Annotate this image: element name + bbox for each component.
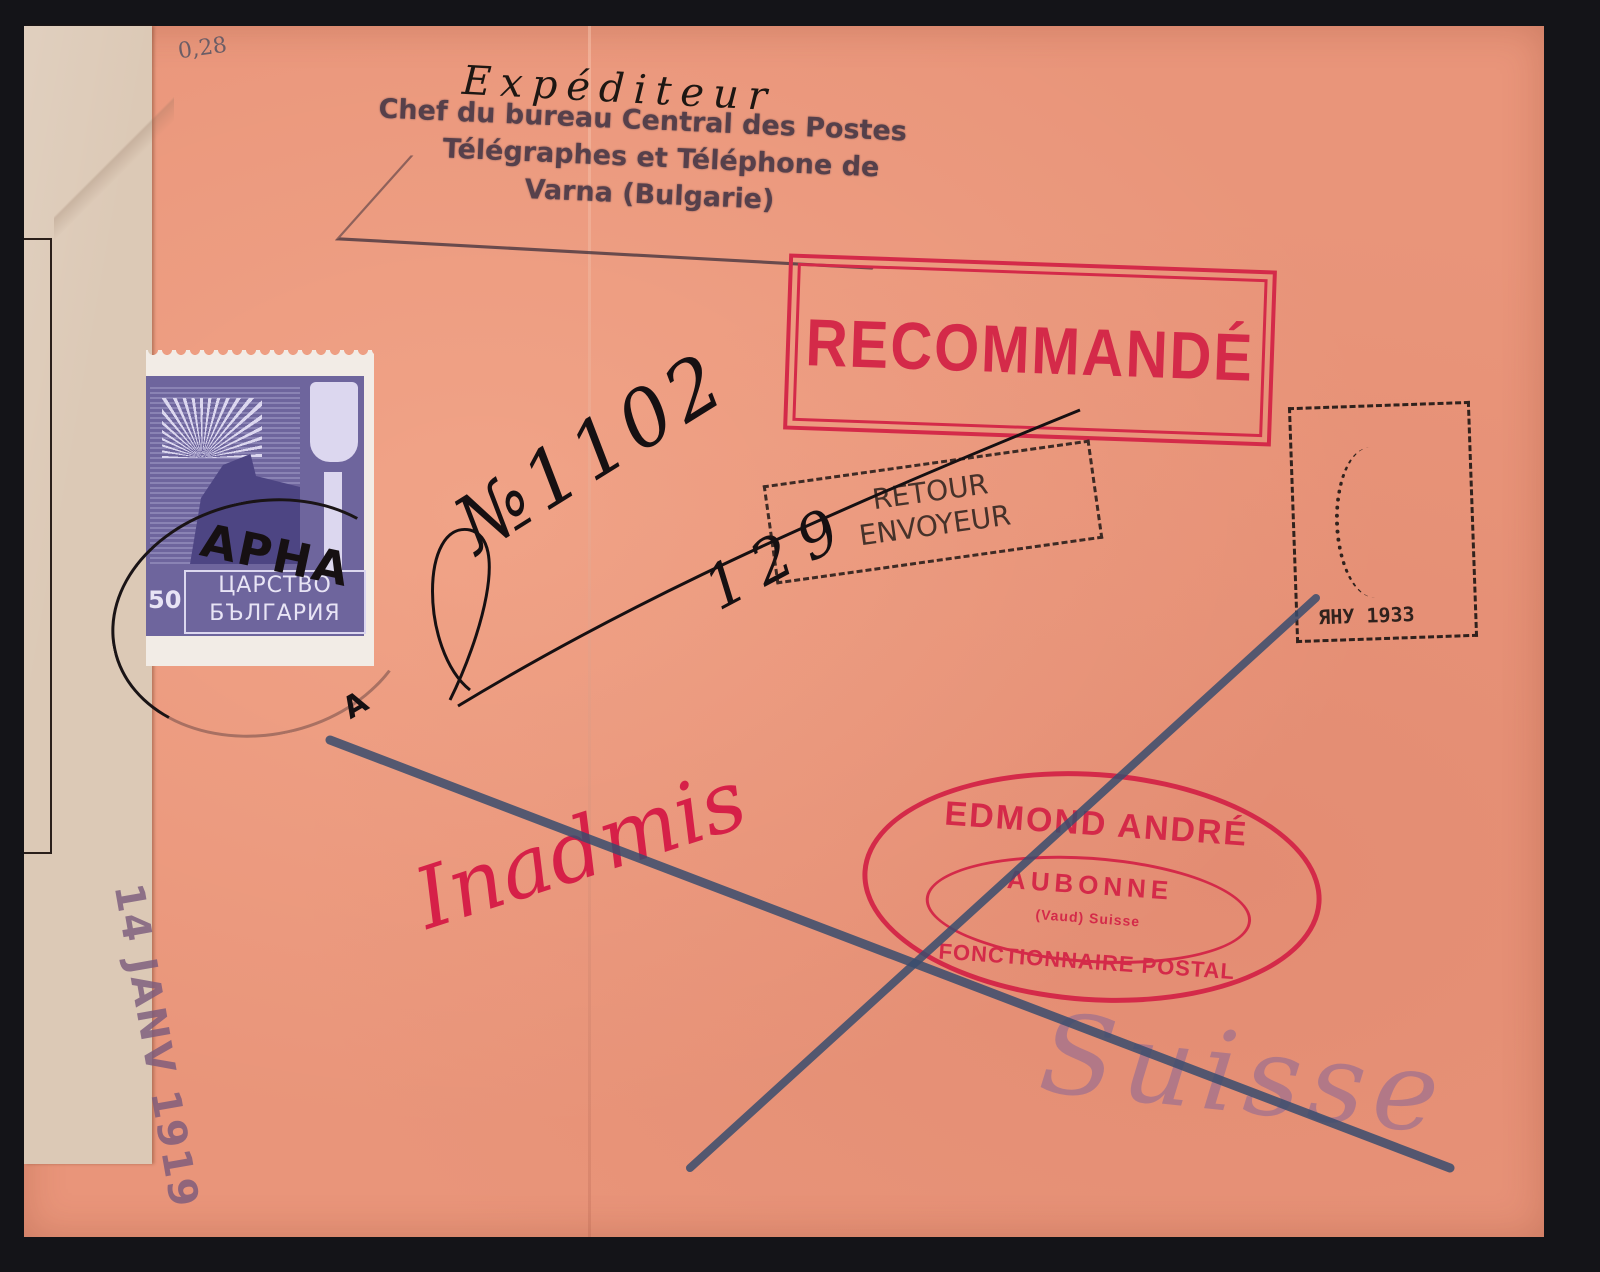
cover-scan: 0,28 Expéditeur Chef du bureau Central d… [0, 0, 1600, 1272]
blue-crayon-cross-stroke-1 [330, 740, 1450, 1168]
ink-loop [433, 529, 490, 700]
crayon-marks [0, 0, 1600, 1272]
ink-underline [458, 410, 1080, 706]
